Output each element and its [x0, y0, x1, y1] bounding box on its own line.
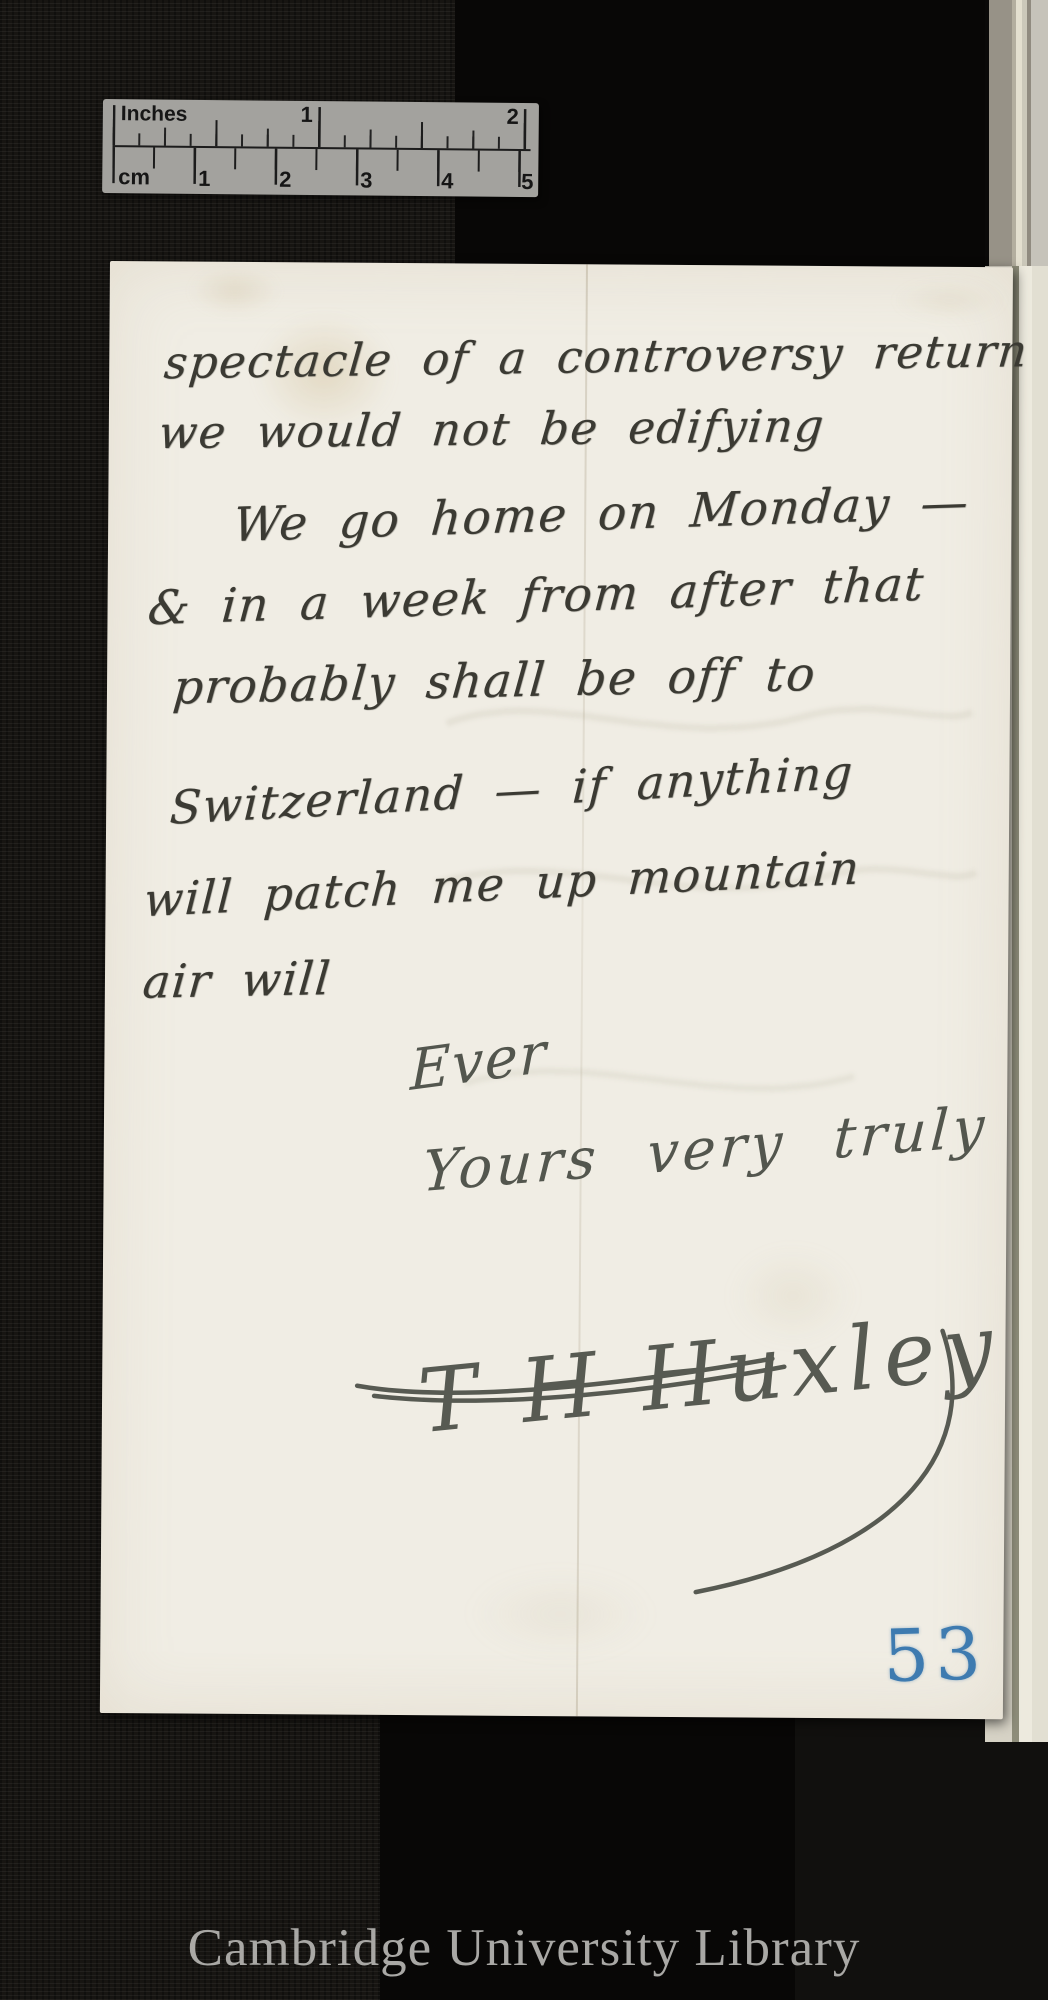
folio-number: 53 [882, 1617, 988, 1692]
ruler-cm-number: 3 [360, 169, 372, 191]
ruler-cm-label: cm [118, 166, 150, 188]
ruler-cm-scale [112, 147, 521, 197]
handwritten-line: spectacle of a controversy return — [162, 327, 1048, 385]
scale-ruler: Inches cm 1 2 1 2 3 4 5 [102, 99, 539, 197]
book-page-edges-top [985, 0, 1048, 266]
ruler-inch-number: 2 [489, 106, 519, 128]
handwritten-line: probably shall be off to [171, 651, 818, 712]
manuscript-page: spectacle of a controversy return — we w… [100, 261, 1013, 1719]
handwritten-line: air will [141, 955, 333, 1005]
ruler-cm-number: 4 [441, 170, 453, 192]
handwritten-line: & in a week from after that [146, 561, 926, 633]
signature: T H Huxley [340, 1252, 1023, 1637]
library-watermark: Cambridge University Library [0, 1922, 1048, 1975]
paper-stain [870, 272, 1030, 328]
ruler-cm-number: 5 [521, 171, 533, 193]
ruler-inches-label: Inches [121, 103, 188, 125]
signature-name: T H Huxley [414, 1294, 1006, 1454]
handwritten-line: we would not be edifying [157, 403, 827, 455]
ruler-cm-number: 1 [198, 168, 210, 190]
ruler-cm-number: 2 [279, 169, 291, 191]
handwritten-line: We go home on Monday — [232, 479, 971, 549]
ruler-inch-number: 1 [283, 104, 313, 126]
